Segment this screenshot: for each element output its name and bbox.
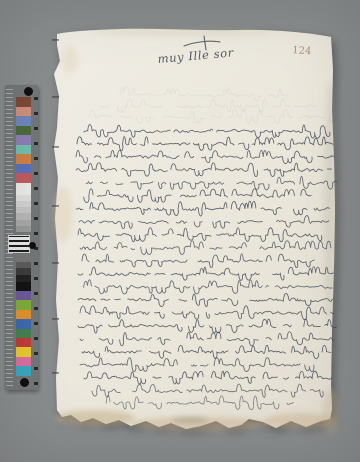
- target-registration-dot-mid: [29, 242, 36, 249]
- folio-number: 124: [292, 45, 312, 57]
- target-gray-scale-dark: [16, 255, 31, 282]
- target-registration-dot-bottom: [20, 378, 29, 387]
- target-color-patches-bottom: [16, 291, 31, 376]
- target-color-patches-top: [16, 97, 31, 183]
- target-white-patch: [16, 183, 31, 195]
- manuscript-page: [54, 29, 335, 429]
- target-gray-scale-light: [16, 195, 31, 233]
- target-tick-marks: [34, 91, 38, 385]
- target-registration-dot-top: [24, 87, 33, 96]
- color-calibration-target: [5, 85, 38, 390]
- target-label: [8, 235, 30, 253]
- manuscript-photo: muy Ille sor 124: [0, 0, 360, 462]
- target-black-patch: [16, 282, 31, 291]
- photo-stage: muy Ille sor 124: [0, 0, 360, 462]
